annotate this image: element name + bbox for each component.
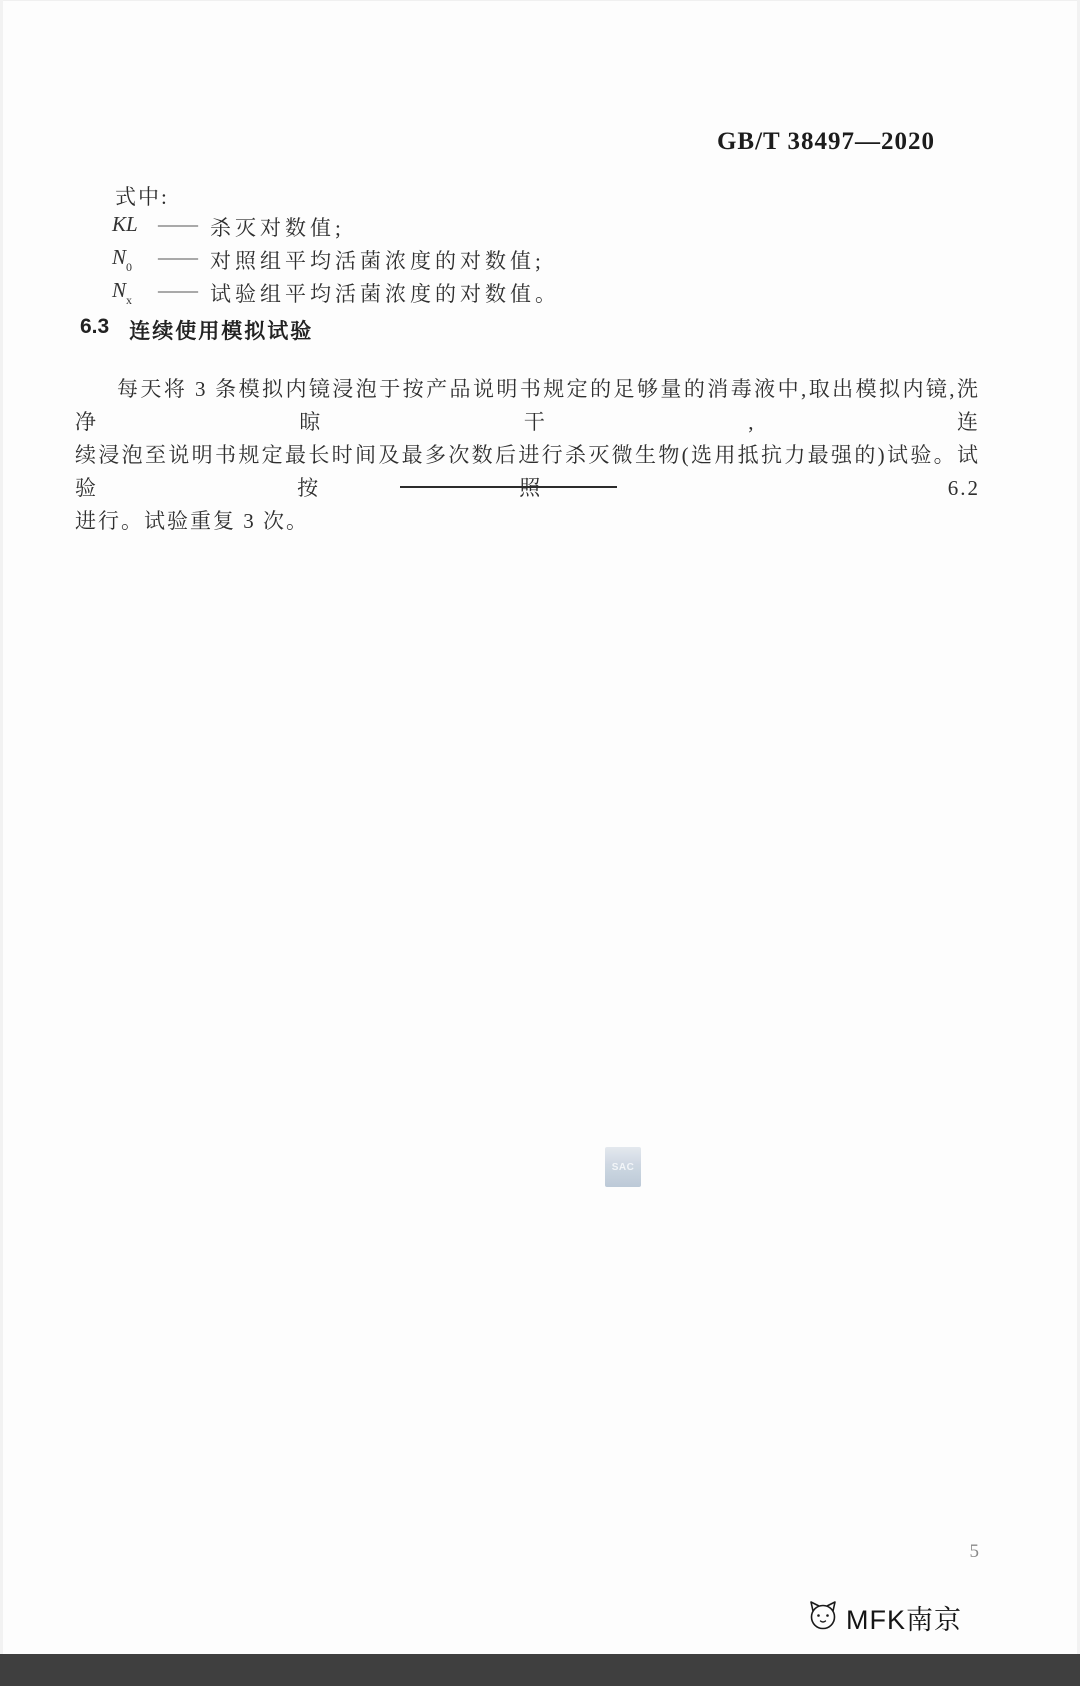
section-title: 连续使用模拟试验 [129,315,313,345]
cat-logo-icon [806,1598,840,1637]
paragraph-line: 每天将 3 条模拟内镜浸泡于按产品说明书规定的足够量的消毒液中,取出模拟内镜,洗… [75,373,980,439]
definition-row: KL —— 杀灭对数值; [112,212,712,245]
symbol-definition-list: KL —— 杀灭对数值; N0 —— 对照组平均活菌浓度的对数值; Nx —— … [112,212,712,311]
symbol-n0: N0 [112,245,158,273]
standard-code-header: GB/T 38497—2020 [717,128,935,156]
sac-watermark: SAC [605,1147,641,1187]
definition-dash: —— [158,278,210,303]
section-heading: 6.3 连续使用模拟试验 [80,315,313,345]
bottom-bar [0,1654,1080,1686]
paragraph-line: 进行。试验重复 3 次。 [75,505,980,538]
paragraph-line: 续浸泡至说明书规定最长时间及最多次数后进行杀灭微生物(选用抵抗力最强的)试验。试… [75,439,980,505]
footer-brand-text: MFK南京 [846,1598,962,1637]
document-page: GB/T 38497—2020 式中: KL —— 杀灭对数值; N0 —— 对… [0,0,1080,1686]
definition-text: 对照组平均活菌浓度的对数值; [210,245,545,275]
definition-row: N0 —— 对照组平均活菌浓度的对数值; [112,245,712,278]
body-paragraph: 每天将 3 条模拟内镜浸泡于按产品说明书规定的足够量的消毒液中,取出模拟内镜,洗… [75,373,980,538]
symbol-kl: KL [112,212,158,237]
symbol-nx: Nx [112,278,158,306]
section-number: 6.3 [80,315,109,345]
definition-dash: —— [158,245,210,270]
definition-row: Nx —— 试验组平均活菌浓度的对数值。 [112,278,712,311]
sac-watermark-text: SAC [612,1162,635,1173]
definition-text: 试验组平均活菌浓度的对数值。 [210,278,560,308]
definition-text: 杀灭对数值; [210,212,345,242]
formula-intro-label: 式中: [115,181,169,211]
definition-dash: —— [158,212,210,237]
page-left-edge [0,0,3,1686]
page-number: 5 [970,1541,981,1563]
footer-brand: MFK南京 [806,1598,962,1637]
end-of-text-rule [400,486,617,488]
